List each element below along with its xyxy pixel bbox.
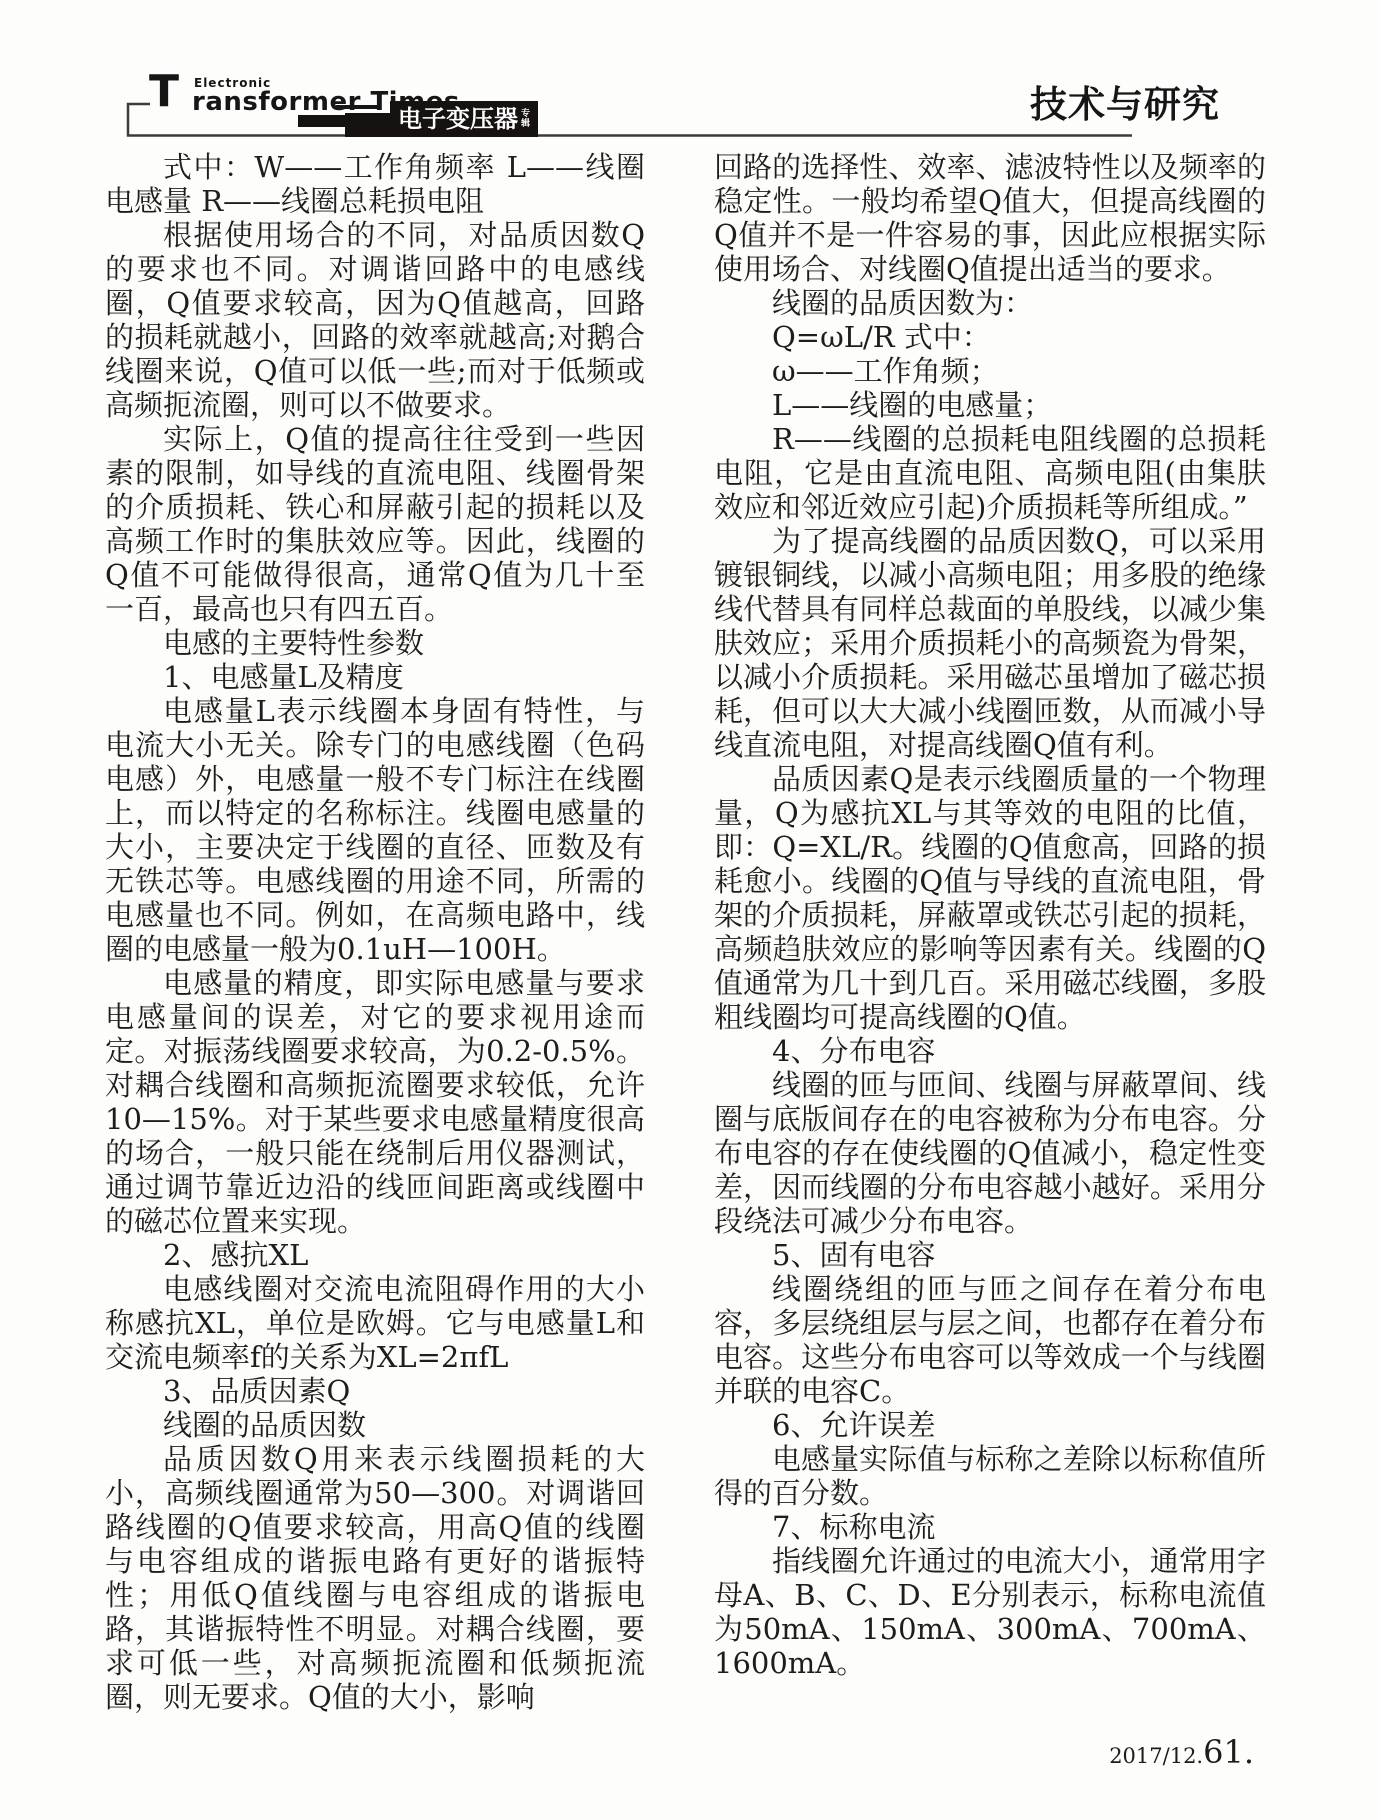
paragraph: 6、允许误差 — [714, 1408, 1266, 1442]
page-header: T Electronic ransformer Times 电子变压器 专 辑 … — [0, 0, 1380, 160]
paragraph: 品质因数Q用来表示线圈损耗的大小，高频线圈通常为50—300。对调谐回路线圈的Q… — [105, 1442, 645, 1714]
paragraph: 指线圈允许通过的电流大小，通常用字母A、B、C、D、E分别表示，标称电流值为50… — [714, 1544, 1266, 1680]
paragraph: R——线圈的总损耗电阻线圈的总损耗电阻，它是由直流电阻、高频电阻(由集肤效应和邻… — [714, 422, 1266, 524]
badge-sub-top: 专 — [521, 109, 530, 119]
paragraph: 2、感抗XL — [105, 1238, 645, 1272]
paragraph: 品质因素Q是表示线圈质量的一个物理量，Q为感抗XL与其等效的电阻的比值，即：Q=… — [714, 762, 1266, 1034]
paragraph: 7、标称电流 — [714, 1510, 1266, 1544]
paragraph: 实际上，Q值的提高往往受到一些因素的限制，如导线的直流电阻、线圈骨架的介质损耗、… — [105, 422, 645, 626]
page-footer: 2017/12.61. — [1109, 1733, 1254, 1771]
paragraph: 电感量L表示线圈本身固有特性，与电流大小无关。除专门的电感线圈（色码电感）外，电… — [105, 694, 645, 966]
right-column: 回路的选择性、效率、滤波特性以及频率的稳定性。一般均希望Q值大，但提高线圈的Q值… — [714, 150, 1266, 1680]
magazine-badge: 电子变压器 专 辑 — [390, 101, 538, 137]
paragraph: 线圈的品质因数 — [105, 1408, 645, 1442]
paragraph: 电感量的精度，即实际电感量与要求电感量间的误差，对它的要求视用途而定。对振荡线圈… — [105, 966, 645, 1238]
paragraph: 线圈的品质因数为： — [714, 286, 1266, 320]
magazine-page: T Electronic ransformer Times 电子变压器 专 辑 … — [0, 0, 1380, 1820]
badge-title: 电子变压器 — [398, 107, 518, 131]
left-column: 式中：W——工作角频率 L——线圈电感量 R——线圈总耗损电阻根据使用场合的不同… — [105, 150, 645, 1714]
paragraph: 电感的主要特性参数 — [105, 626, 645, 660]
logo-t-initial: T — [149, 70, 179, 114]
paragraph: 为了提高线圈的品质因数Q，可以采用镀银铜线，以减小高频电阻；用多股的绝缘线代替具… — [714, 524, 1266, 762]
paragraph: L——线圈的电感量； — [714, 388, 1266, 422]
section-title: 技术与研究 — [1030, 86, 1220, 123]
paragraph: 1、电感量L及精度 — [105, 660, 645, 694]
paragraph: 电感量实际值与标称之差除以标称值所得的百分数。 — [714, 1442, 1266, 1510]
paragraph: 电感线圈对交流电流阻碍作用的大小称感抗XL，单位是欧姆。它与电感量L和交流电频率… — [105, 1272, 645, 1374]
paragraph: 3、品质因素Q — [105, 1374, 645, 1408]
paragraph: 线圈绕组的匝与匝之间存在着分布电容，多层绕组层与层之间，也都存在着分布电容。这些… — [714, 1272, 1266, 1408]
page-number: 61. — [1203, 1733, 1254, 1771]
paragraph: 回路的选择性、效率、滤波特性以及频率的稳定性。一般均希望Q值大，但提高线圈的Q值… — [714, 150, 1266, 286]
paragraph: ω——工作角频； — [714, 354, 1266, 388]
issue-label: 2017/12. — [1109, 1744, 1203, 1768]
badge-subtitle: 专 辑 — [521, 109, 530, 129]
paragraph: 根据使用场合的不同，对品质因数Q的要求也不同。对调谐回路中的电感线圈，Q值要求较… — [105, 218, 645, 422]
badge-sub-bottom: 辑 — [521, 119, 530, 129]
paragraph: 4、分布电容 — [714, 1034, 1266, 1068]
paragraph: 式中：W——工作角频率 L——线圈电感量 R——线圈总耗损电阻 — [105, 150, 645, 218]
paragraph: Q=ωL/R 式中： — [714, 320, 1266, 354]
paragraph: 5、固有电容 — [714, 1238, 1266, 1272]
paragraph: 线圈的匝与匝间、线圈与屏蔽罩间、线圈与底版间存在的电容被称为分布电容。分布电容的… — [714, 1068, 1266, 1238]
